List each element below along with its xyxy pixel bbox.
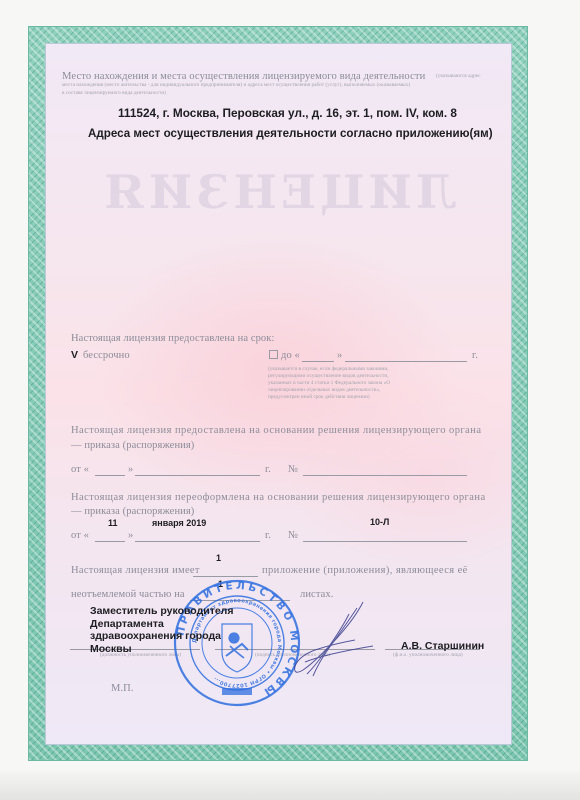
granted-number-field[interactable] xyxy=(303,475,467,476)
granted-label-line-1: Настоящая лицензия предоставлена на осно… xyxy=(71,425,481,436)
until-quote-close: » xyxy=(337,350,342,361)
addresses-per-appendix: Адреса мест осуществления деятельности с… xyxy=(88,127,493,140)
reissued-day-value: 11 xyxy=(108,518,118,528)
handwritten-signature xyxy=(285,600,375,680)
page-edge-shadow xyxy=(0,770,580,800)
seal-place-label: М.П. xyxy=(111,683,134,694)
until-note: (указывается в случае, если федеральными… xyxy=(268,366,398,401)
position-line-4: Москвы xyxy=(90,643,233,656)
appendix-count-value: 1 xyxy=(216,553,221,563)
until-month-year-field[interactable] xyxy=(345,361,467,362)
term-label: Настоящая лицензия предоставлена на срок… xyxy=(71,333,275,344)
reissued-day-field[interactable] xyxy=(95,541,125,542)
name-caption: (ф.и.о. уполномоченного лица) xyxy=(393,652,463,659)
reissued-month-year-field[interactable] xyxy=(135,541,260,542)
granted-month-year-field[interactable] xyxy=(135,475,260,476)
granted-label-line-2: — приказа (распоряжения) xyxy=(71,440,194,451)
signatory-name: А.В. Старшинин xyxy=(401,640,484,652)
until-date-checkbox[interactable] xyxy=(269,350,278,359)
location-heading: Место нахождения и места осуществления л… xyxy=(62,71,425,82)
granted-year-suffix: г. xyxy=(265,464,271,475)
granted-from-label: от « xyxy=(71,464,89,475)
granted-day-field[interactable] xyxy=(95,475,125,476)
until-year-suffix: г. xyxy=(472,350,478,361)
until-day-field[interactable] xyxy=(302,361,334,362)
reissued-label-line-1: Настоящая лицензия переоформлена на осно… xyxy=(71,492,486,503)
position-line-2: Департамента xyxy=(90,618,233,631)
location-note-3: в составе лицензируемого вида деятельнос… xyxy=(62,90,166,97)
reissued-from-label: от « xyxy=(71,530,89,541)
location-note-2: места нахождения (место жительства - для… xyxy=(62,82,522,89)
reissued-number-value: 10-Л xyxy=(370,517,389,527)
watermark-title: ЛИЦЕНЗИЯ xyxy=(45,165,512,219)
signatory-position: Заместитель руководителя Департамента зд… xyxy=(90,605,233,656)
appendix-line-1-start: Настоящая лицензия имеет xyxy=(71,565,200,576)
reissued-month-year-value: января 2019 xyxy=(152,518,206,528)
license-address: 111524, г. Москва, Перовская ул., д. 16,… xyxy=(118,106,457,120)
position-line-1: Заместитель руководителя xyxy=(90,605,233,618)
reissued-quote-close: » xyxy=(128,530,133,541)
reissued-number-field[interactable] xyxy=(303,541,467,542)
appendix-count-field[interactable] xyxy=(193,576,258,577)
reissued-year-suffix: г. xyxy=(265,530,271,541)
granted-quote-close: » xyxy=(128,464,133,475)
indefinite-checkbox[interactable]: V xyxy=(71,349,78,361)
indefinite-label: бессрочно xyxy=(83,350,130,361)
appendix-line-2-start: неотъемлемой частью на xyxy=(71,589,185,600)
appendix-line-1-end: приложение (приложения), являющееся её xyxy=(262,565,468,576)
granted-number-label: № xyxy=(288,464,298,475)
reissued-label-line-2: — приказа (распоряжения) xyxy=(71,506,194,517)
appendix-line-2-end: листах. xyxy=(300,589,333,600)
reissued-number-label: № xyxy=(288,530,298,541)
position-line-3: здравоохранения города xyxy=(90,630,233,643)
until-label: до « xyxy=(281,350,300,361)
location-note-1: (указываются адрес xyxy=(436,73,481,80)
